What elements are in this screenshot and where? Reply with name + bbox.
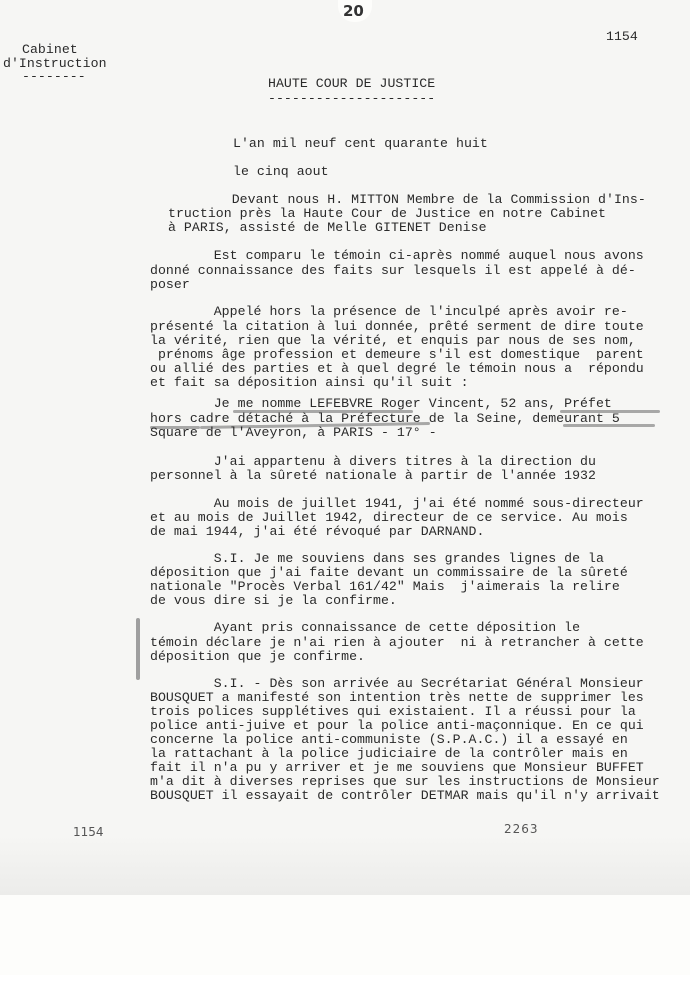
- document-title-rule: ---------------------: [268, 92, 435, 107]
- text-line: personnel à la sûreté nationale à partir…: [150, 469, 596, 484]
- text-line: poser: [150, 278, 190, 293]
- text-line: de mai 1944, j'ai été révoqué par DARNAN…: [150, 525, 484, 540]
- office-label-rule: --------: [22, 70, 86, 85]
- date-line-year: L'an mil neuf cent quarante huit: [233, 137, 488, 152]
- page-number: 1154: [606, 30, 638, 45]
- text-line: déposition que je confirme.: [150, 650, 365, 665]
- text-line: Square de l'Aveyron, à PARIS - 17° -: [150, 426, 437, 441]
- text-line: de vous dire si je la confirme.: [150, 594, 397, 609]
- document-title: HAUTE COUR DE JUSTICE: [268, 77, 435, 92]
- handwritten-reference-number: 2263: [504, 822, 539, 836]
- text-line: à PARIS, assisté de Melle GITENET Denise: [168, 221, 487, 236]
- text-line: Est comparu le témoin ci-après nommé auq…: [150, 249, 644, 264]
- text-line: Je me nomme LEFEBVRE Roger Vincent, 52 a…: [150, 397, 612, 412]
- margin-bracket-mark: [136, 618, 140, 680]
- text-line: Appelé hors la présence de l'inculpé apr…: [150, 305, 628, 320]
- text-line: BOUSQUET il essayait de contrôler DETMAR…: [150, 789, 660, 804]
- date-line-day: le cinq aout: [233, 165, 329, 180]
- text-line: Ayant pris connaissance de cette déposit…: [150, 621, 580, 636]
- text-line: donné connaissance des faits sur lesquel…: [150, 264, 636, 279]
- page-bottom-margin: [0, 895, 690, 975]
- handwritten-page-number: 1154: [73, 825, 104, 839]
- stamp-number: 20: [343, 2, 364, 20]
- text-line: et fait sa déposition ainsi qu'il suit :: [150, 376, 469, 391]
